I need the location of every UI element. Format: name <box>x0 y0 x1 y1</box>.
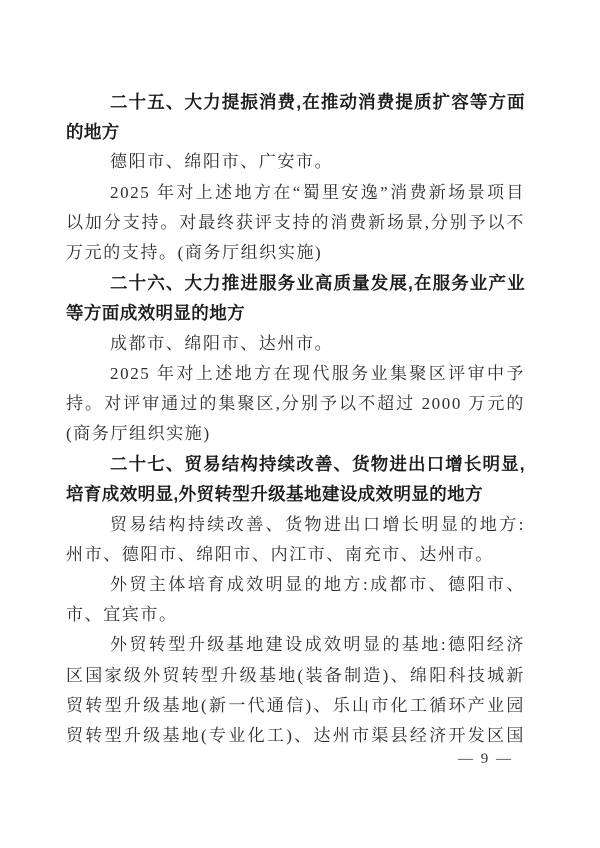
document-page: 二十五、大力提振消费,在推动消费提质扩容等方面成效明显的地方德阳市、绵阳市、广安… <box>0 0 600 848</box>
section-heading-line: 二十六、大力推进服务业高质量发展,在服务业产业融合创新 <box>66 268 525 298</box>
section-heading-line: 二十七、贸易结构持续改善、货物进出口增长明显,外贸主体 <box>66 449 525 479</box>
text-line: 区国家级外贸转型升级基地(装备制造)、绵阳科技城新区省级外 <box>66 661 525 691</box>
text-line: 持。对评审通过的集聚区,分别予以不超过 2000 万元的支持。 <box>66 389 525 419</box>
text-line: 贸转型升级基地(新一代通信)、乐山市化工循环产业园区省级外 <box>66 691 525 721</box>
text-line: 市、宜宾市。 <box>66 600 525 630</box>
text-line: 万元的支持。(商务厅组织实施) <box>66 238 525 268</box>
text-line: (商务厅组织实施) <box>66 419 525 449</box>
section-heading-line: 培育成效明显,外贸转型升级基地建设成效明显的地方 <box>66 479 525 509</box>
text-line: 贸转型升级基地(专业化工)、达州市渠县经济开发区国家级外贸 <box>66 721 525 751</box>
text-line: 2025 年对上述地方在“蜀里安逸”消费新场景项目评审中予 <box>66 178 525 208</box>
text-line: 成都市、绵阳市、达州市。 <box>66 329 525 359</box>
page-number: — 9 — <box>458 751 513 768</box>
text-line: 贸易结构持续改善、货物进出口增长明显的地方:成都市、泸 <box>66 510 525 540</box>
text-line: 外贸转型升级基地建设成效明显的基地:德阳经济技术开发 <box>66 630 525 660</box>
text-line: 州市、德阳市、绵阳市、内江市、南充市、达州市。 <box>66 540 525 570</box>
text-line: 以加分支持。对最终获评支持的消费新场景,分别予以不超过 300 <box>66 208 525 238</box>
section-heading-line: 等方面成效明显的地方 <box>66 298 525 328</box>
text-line: 德阳市、绵阳市、广安市。 <box>66 147 525 177</box>
section-heading-line: 二十五、大力提振消费,在推动消费提质扩容等方面成效明显 <box>66 87 525 117</box>
text-line: 2025 年对上述地方在现代服务业集聚区评审中予以加分支 <box>66 359 525 389</box>
section-heading-line: 的地方 <box>66 117 525 147</box>
text-line: 外贸主体培育成效明显的地方:成都市、德阳市、绵阳市、内江 <box>66 570 525 600</box>
document-body: 二十五、大力提振消费,在推动消费提质扩容等方面成效明显的地方德阳市、绵阳市、广安… <box>66 87 525 751</box>
